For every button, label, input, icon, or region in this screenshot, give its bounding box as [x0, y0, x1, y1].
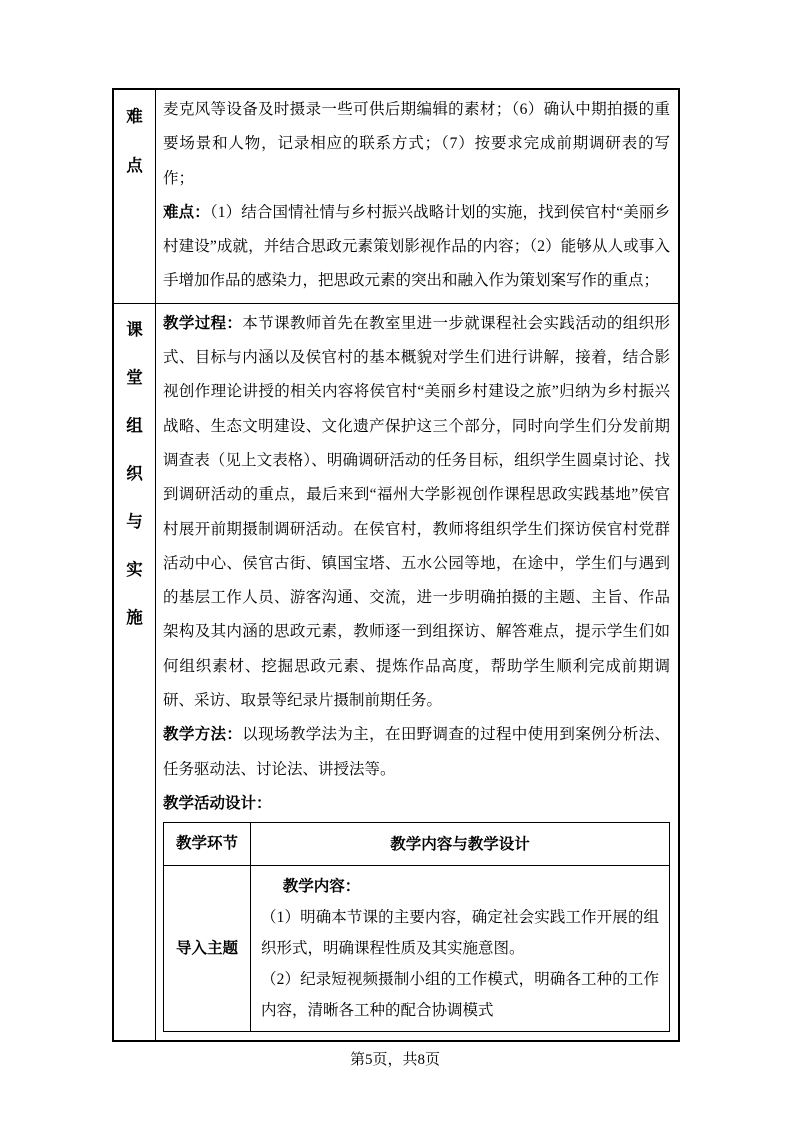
- page-number: 第5页，共8页: [0, 1050, 790, 1070]
- heading-activity-design: 教学活动设计：: [163, 787, 670, 821]
- paragraph-equipment-tasks: 麦克风等设备及时摄录一些可供后期编辑的素材；（6）确认中期拍摄的重要场景和人物，…: [163, 93, 670, 196]
- classroom-content-cell: 教学过程：本节课教师首先在教室里进一步就课程社会实践活动的组织形式、目标与内涵以…: [156, 304, 678, 1040]
- paragraph-teaching-methods-lead: 教学方法：: [163, 726, 242, 743]
- activity-stage-label: 导入主题: [164, 866, 251, 1031]
- row-header-difficulty-cell: 难点: [114, 90, 156, 303]
- paragraph-difficulty-points: 难点：（1）结合国情社情与乡村振兴战略计划的实施，找到侯官村“美丽乡村建设”成就…: [163, 196, 670, 299]
- table-row-difficulty: 难点 麦克风等设备及时摄录一些可供后期编辑的素材；（6）确认中期拍摄的重要场景和…: [114, 90, 678, 303]
- heading-activity-design-label: 教学活动设计：: [163, 795, 272, 812]
- paragraph-difficulty-points-lead: 难点：: [163, 204, 210, 221]
- row-header-classroom-cell: 课堂组织与实施: [114, 304, 156, 1040]
- activity-table-header-row: 教学环节 教学内容与教学设计: [164, 823, 669, 866]
- difficulty-content-cell: 麦克风等设备及时摄录一些可供后期编辑的素材；（6）确认中期拍摄的重要场景和人物，…: [156, 90, 678, 303]
- activity-content-cell: 教学内容： （1）明确本节课的主要内容，确定社会实践工作开展的组织形式，明确课程…: [251, 866, 669, 1031]
- row-header-classroom-label: 课堂组织与实施: [126, 306, 144, 642]
- paragraph-teaching-process: 教学过程：本节课教师首先在教室里进一步就课程社会实践活动的组织形式、目标与内涵以…: [163, 307, 670, 719]
- paragraph-equipment-tasks-text: 麦克风等设备及时摄录一些可供后期编辑的素材；（6）确认中期拍摄的重要场景和人物，…: [163, 101, 670, 187]
- activity-design-table: 教学环节 教学内容与教学设计 导入主题 教学内容： （1）明确本节课的主要内容，…: [163, 822, 670, 1032]
- activity-content-item-1: （1）明确本节课的主要内容，确定社会实践工作开展的组织形式，明确课程性质及其实施…: [261, 902, 659, 964]
- activity-content-title: 教学内容：: [261, 871, 659, 902]
- paragraph-difficulty-points-text: （1）结合国情社情与乡村振兴战略计划的实施，找到侯官村“美丽乡村建设”成就，并结…: [163, 204, 670, 290]
- paragraph-teaching-process-text: 本节课教师首先在教室里进一步就课程社会实践活动的组织形式、目标与内涵以及侯官村的…: [163, 315, 670, 709]
- row-header-difficulty-label: 难点: [126, 92, 144, 190]
- activity-header-stage: 教学环节: [164, 823, 251, 865]
- lesson-plan-table: 难点 麦克风等设备及时摄录一些可供后期编辑的素材；（6）确认中期拍摄的重要场景和…: [112, 88, 680, 1042]
- activity-header-content: 教学内容与教学设计: [251, 823, 669, 865]
- document-page: 难点 麦克风等设备及时摄录一些可供后期编辑的素材；（6）确认中期拍摄的重要场景和…: [0, 0, 790, 1140]
- table-row-classroom-organization: 课堂组织与实施 教学过程：本节课教师首先在教室里进一步就课程社会实践活动的组织形…: [114, 303, 678, 1040]
- activity-content-item-2: （2）纪录短视频摄制小组的工作模式，明确各工种的工作内容，清晰各工种的配合协调模…: [261, 964, 659, 1026]
- activity-table-row-intro: 导入主题 教学内容： （1）明确本节课的主要内容，确定社会实践工作开展的组织形式…: [164, 866, 669, 1031]
- paragraph-teaching-process-lead: 教学过程：: [163, 315, 242, 332]
- paragraph-teaching-methods: 教学方法：以现场教学法为主，在田野调查的过程中使用到案例分析法、任务驱动法、讨论…: [163, 718, 670, 787]
